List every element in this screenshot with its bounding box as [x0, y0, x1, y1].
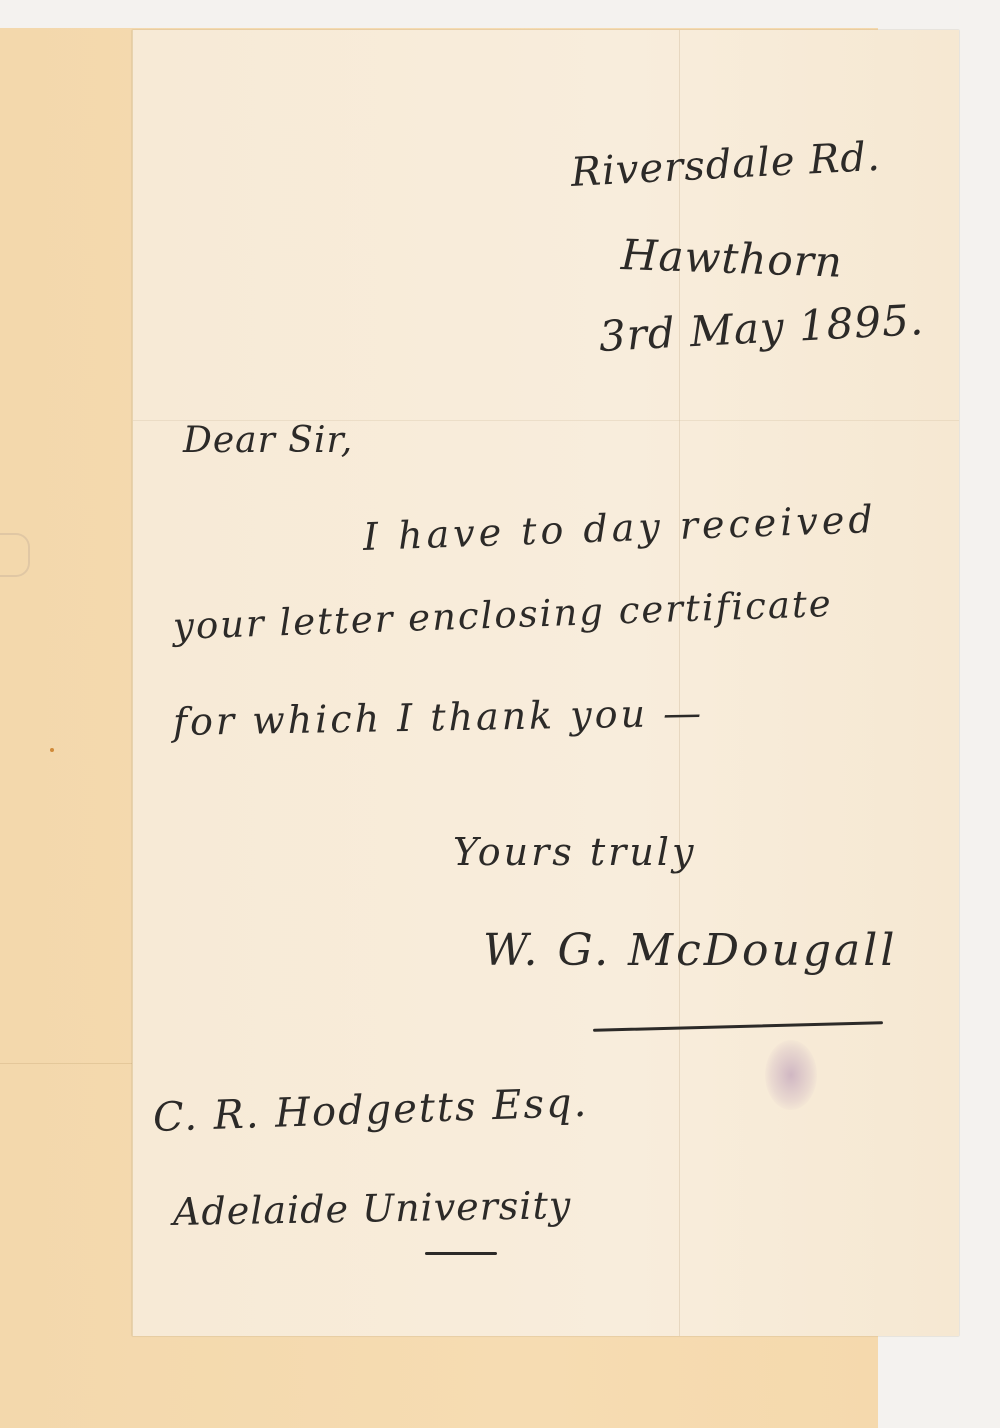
letter-date: 3rd May 1895. [598, 295, 926, 361]
body-line: I have to day received [362, 497, 877, 559]
signature-underline [593, 1021, 883, 1032]
fold-line-vertical [679, 30, 680, 1336]
body-line: your letter enclosing certificate [172, 582, 833, 648]
faint-seal-mark [0, 533, 30, 577]
ink-smudge [765, 1040, 817, 1110]
recipient-name: C. R. Hodgetts Esq. [152, 1080, 589, 1141]
closing: Yours truly [453, 830, 696, 874]
body-line: for which I thank you — [173, 691, 705, 744]
ink-spot [50, 748, 54, 752]
address-street: Riversdale Rd. [570, 134, 882, 196]
signature: W. G. McDougall [483, 925, 897, 976]
letter-sheet: Riversdale Rd. Hawthorn 3rd May 1895. De… [132, 30, 959, 1336]
recipient-institution: Adelaide University [173, 1183, 572, 1234]
address-suburb: Hawthorn [620, 230, 844, 287]
salutation: Dear Sir, [183, 420, 353, 461]
institution-underline [425, 1252, 497, 1255]
